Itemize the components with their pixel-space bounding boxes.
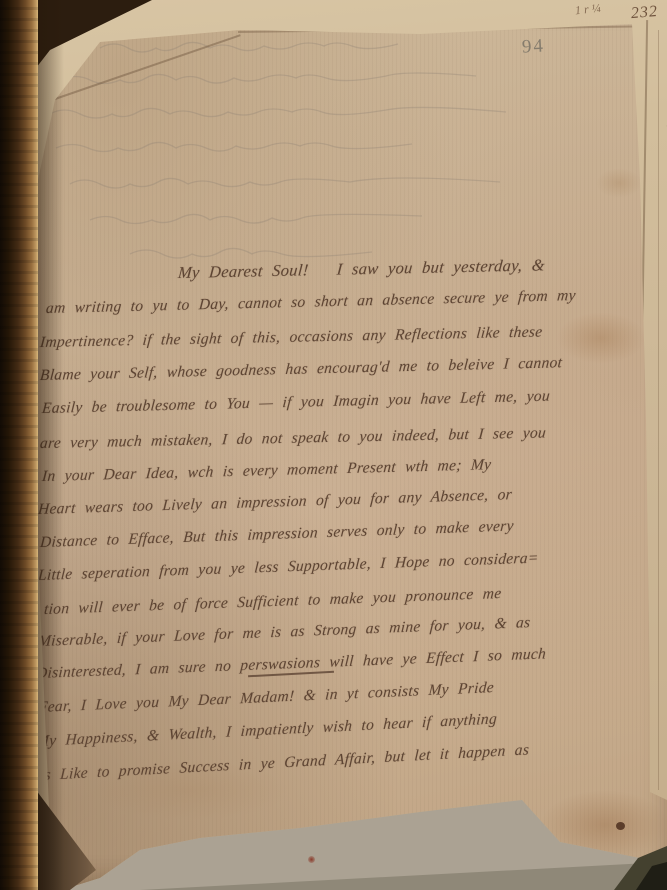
ink-blot	[616, 822, 625, 830]
show-through-ghost-writing	[40, 18, 660, 268]
ink-prefix-marks: 1 r ¼	[574, 1, 601, 19]
letter-line: My Happiness, & Wealth, I impatiently wi…	[35, 710, 497, 751]
gutter-shadow	[38, 0, 64, 890]
letter-page: 94 My Dearest Soul! I saw you but yester…	[0, 0, 667, 890]
second-page-edge	[658, 30, 659, 790]
book-binding-gutter	[0, 0, 38, 890]
letter-line: Fear, I Love you My Dear Madam! & in yt …	[37, 679, 494, 717]
letter-line: Little seperation from you ye less Suppo…	[37, 549, 539, 585]
letter-line: In your Dear Idea, wch is every moment P…	[41, 456, 492, 486]
folio-number-pencil: 94	[521, 35, 545, 58]
letter-line: Disinterested, I am sure no perswasions …	[35, 645, 546, 683]
stain	[596, 168, 642, 198]
red-speck	[308, 856, 315, 863]
letter-line: Impertinence? if the sight of this, occa…	[39, 323, 543, 352]
letter-line: is Like to promise Success in ye Grand A…	[40, 741, 530, 785]
letter-line: Miserable, if your Love for me is as Str…	[37, 614, 531, 651]
letter-line: Easily be troublesome to You — if you Im…	[41, 388, 550, 418]
letter-line: am writing to yu to Day, cannot so short…	[45, 287, 576, 318]
letter-line: Distance to Efface, But this impression …	[39, 517, 514, 552]
stain	[556, 312, 646, 364]
manuscript-photo: 1 r ¼ 232 17 y wb & st 94 My Dearest Sou	[0, 0, 667, 890]
letter-line: Heart wears too Lively an impression of …	[37, 486, 512, 519]
letter-line: tion will ever be of force Sufficient to…	[43, 585, 502, 619]
letter-line: are very much mistaken, I do not speak t…	[39, 424, 547, 453]
page-number-ink: 232	[630, 3, 658, 23]
letter-line: Blame your Self, whose goodness has enco…	[39, 354, 563, 385]
